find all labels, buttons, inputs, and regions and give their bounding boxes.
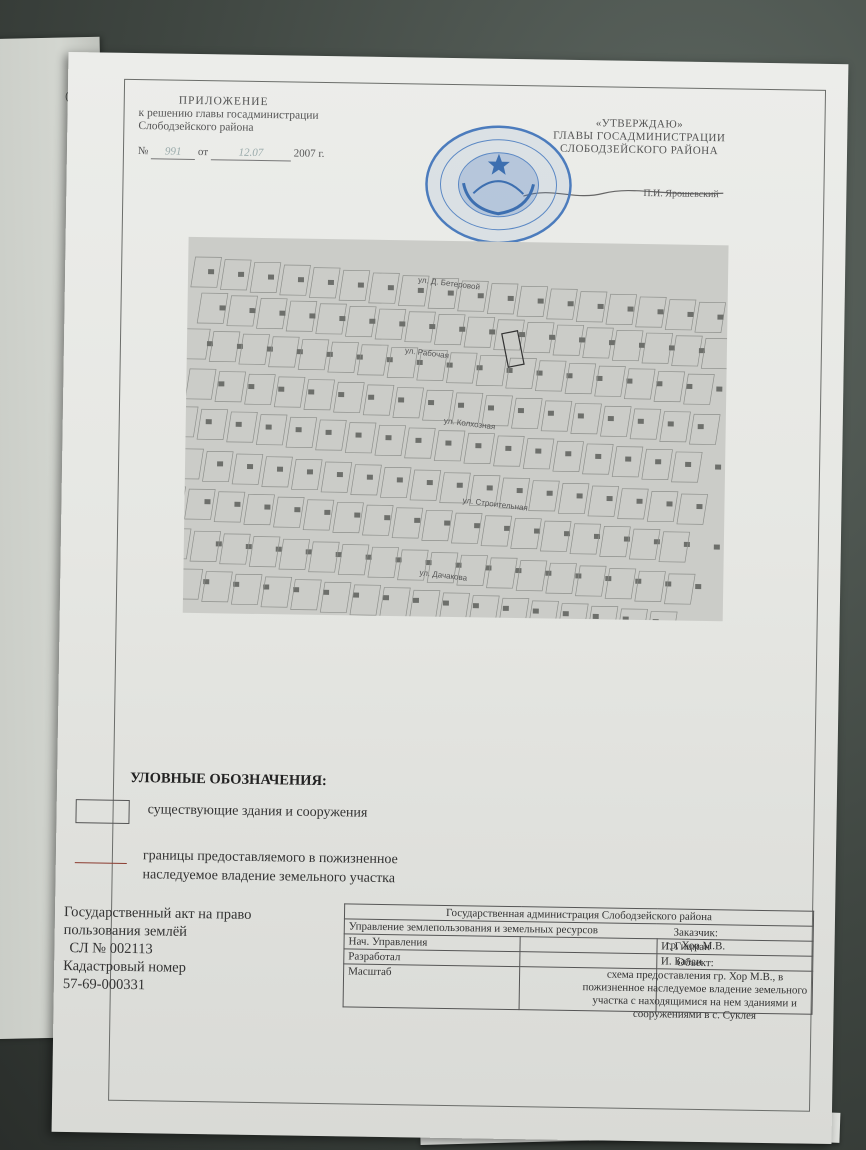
legend-boundary: границы предоставляемого в пожизненное н… — [142, 846, 397, 888]
official-seal-icon — [423, 123, 575, 247]
land-act-info: Государственный акт на право пользования… — [63, 903, 252, 996]
decision-number: 991 — [151, 145, 195, 160]
cadastral-map: ул. Д. Бетеровой ул. Рабочая ул. Колхозн… — [183, 237, 729, 621]
object-text: схема предоставления гр. Хор М.В., в пож… — [576, 968, 813, 1024]
legend-boundary-line2: наследуемое владение земельного участка — [142, 865, 397, 888]
legend-buildings: существующие здания и сооружения — [148, 802, 368, 821]
approval-signer: П.И. Ярошевский — [643, 188, 719, 200]
customer-block: Заказчик: гр. Хор М.В. Объект: схема пре… — [576, 925, 813, 1024]
appendix-header: ПРИЛОЖЕНИЕ к решению главы госадминистра… — [138, 94, 325, 162]
decision-date: 12.07 — [211, 146, 291, 161]
from-label: от — [198, 146, 208, 158]
cadastral-number: 57-69-000331 — [63, 975, 251, 996]
page-frame: ПРИЛОЖЕНИЕ к решению главы госадминистра… — [108, 79, 826, 1112]
decision-number-line: № 991 от 12.07 2007 г. — [138, 145, 325, 162]
customer-name: гр. Хор М.В. — [577, 938, 813, 955]
map-plots-icon — [183, 237, 729, 621]
boundary-legend-icon — [75, 862, 127, 864]
number-label: № — [138, 145, 149, 157]
legend-title: УЛОВНЫЕ ОБОЗНАЧЕНИЯ: — [130, 770, 327, 790]
scale-label: Масштаб — [343, 964, 520, 1010]
document-page: ПРИЛОЖЕНИЕ к решению главы госадминистра… — [52, 52, 849, 1144]
building-legend-icon — [75, 799, 129, 824]
decision-year: 2007 г. — [294, 147, 325, 159]
